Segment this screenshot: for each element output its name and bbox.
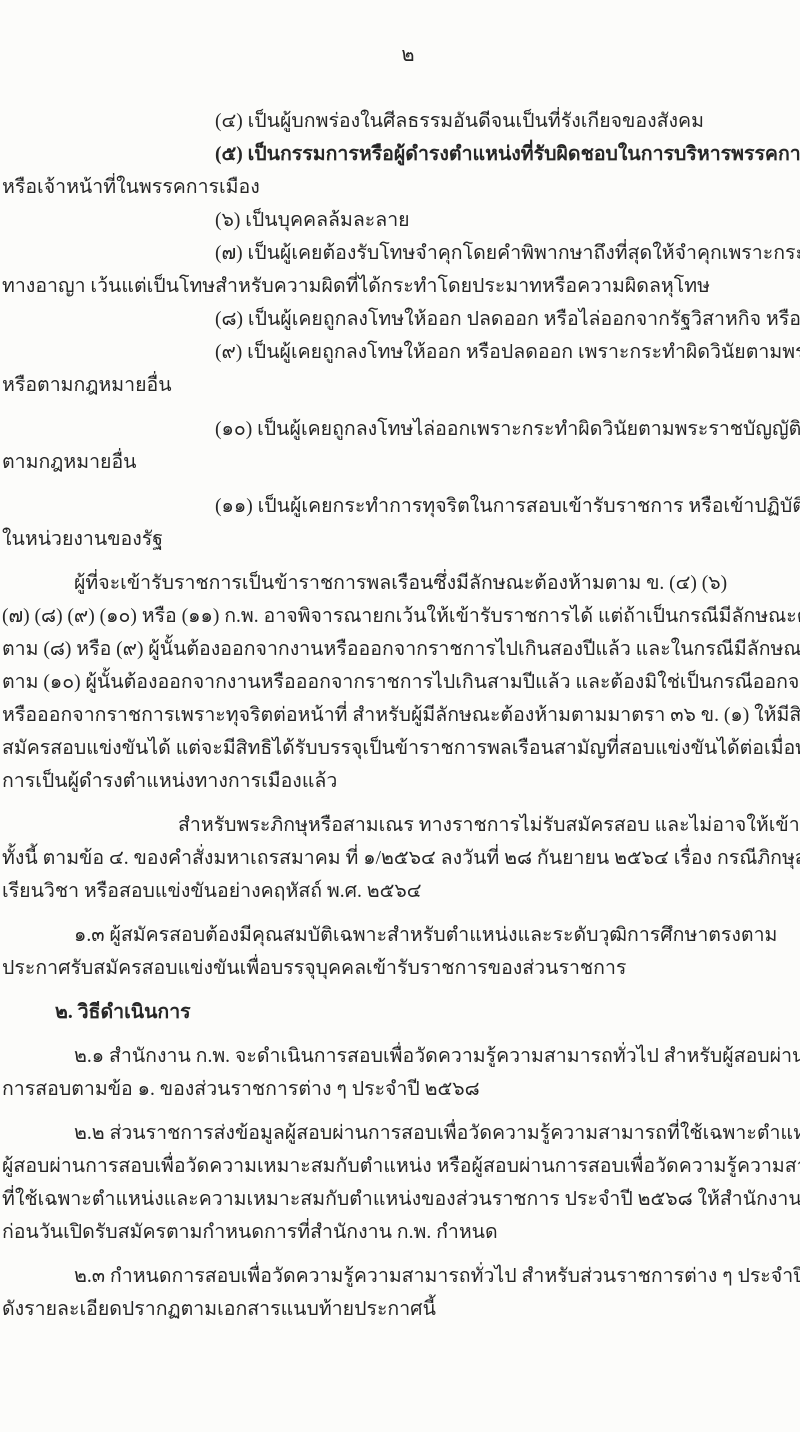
item-11-cont: ในหน่วยงานของรัฐ [0,523,800,556]
item-7-cont: ทางอาญา เว้นแต่เป็นโทษสำหรับความผิดที่ได… [0,270,800,303]
section-2-heading: ๒. วิธีดำเนินการ [0,996,800,1029]
para-2-1-a: ๒.๑ สำนักงาน ก.พ. จะดำเนินการสอบเพื่อวัด… [0,1040,800,1073]
para-exemption-6: สมัครสอบแข่งขันได้ แต่จะมีสิทธิได้รับบรร… [0,732,800,765]
para-exemption-2: (๗) (๘) (๙) (๑๐) หรือ (๑๑) ก.พ. อาจพิจาร… [0,600,800,633]
item-9-cont: หรือตามกฎหมายอื่น [0,369,800,402]
para-exemption-7: การเป็นผู้ดำรงตำแหน่งทางการเมืองแล้ว [0,765,800,798]
para-2-3-a: ๒.๓ กำหนดการสอบเพื่อวัดความรู้ความสามารถ… [0,1260,800,1293]
para-1-3-a: ๑.๓ ผู้สมัครสอบต้องมีคุณสมบัติเฉพาะสำหรั… [0,919,800,952]
item-10-cont: ตามกฎหมายอื่น [0,446,800,479]
para-2-2-b: ผู้สอบผ่านการสอบเพื่อวัดความเหมาะสมกับตำ… [0,1150,800,1183]
para-exemption-4: ตาม (๑๐) ผู้นั้นต้องออกจากงานหรือออกจากร… [0,666,800,699]
para-exemption-1: ผู้ที่จะเข้ารับราชการเป็นข้าราชการพลเรือ… [0,567,800,600]
para-monk-2: ทั้งนี้ ตามข้อ ๔. ของคำสั่งมหาเถรสมาคม ท… [0,842,800,875]
para-exemption-5: หรือออกจากราชการเพราะทุจริตต่อหน้าที่ สำ… [0,699,800,732]
para-exemption-3: ตาม (๘) หรือ (๙) ผู้นั้นต้องออกจากงานหรื… [0,633,800,666]
item-4: (๔) เป็นผู้บกพร่องในศีลธรรมอันดีจนเป็นที… [0,105,800,138]
para-2-3-b: ดังรายละเอียดปรากฏตามเอกสารแนบท้ายประกาศ… [0,1293,800,1326]
item-6: (๖) เป็นบุคคลล้มละลาย [0,204,800,237]
item-5-cont: หรือเจ้าหน้าที่ในพรรคการเมือง [0,171,800,204]
para-2-2-a: ๒.๒ ส่วนราชการส่งข้อมูลผู้สอบผ่านการสอบเ… [0,1117,800,1150]
para-1-3-b: ประกาศรับสมัครสอบแข่งขันเพื่อบรรจุบุคคลเ… [0,952,800,985]
para-monk-3: เรียนวิชา หรือสอบแข่งขันอย่างคฤหัสถ์ พ.ศ… [0,875,800,908]
para-monk-1: สำหรับพระภิกษุหรือสามเณร ทางราชการไม่รับ… [0,809,800,842]
para-2-1-b: การสอบตามข้อ ๑. ของส่วนราชการต่าง ๆ ประจ… [0,1073,800,1106]
item-8: (๘) เป็นผู้เคยถูกลงโทษให้ออก ปลดออก หรือ… [0,303,800,336]
para-2-2-d: ก่อนวันเปิดรับสมัครตามกำหนดการที่สำนักงา… [0,1216,800,1249]
item-10: (๑๐) เป็นผู้เคยถูกลงโทษไล่ออกเพราะกระทำผ… [0,413,800,446]
document-body: (๔) เป็นผู้บกพร่องในศีลธรรมอันดีจนเป็นที… [0,105,800,1326]
item-9: (๙) เป็นผู้เคยถูกลงโทษให้ออก หรือปลดออก … [0,336,800,369]
item-7: (๗) เป็นผู้เคยต้องรับโทษจำคุกโดยคำพิพากษ… [0,237,800,270]
item-11: (๑๑) เป็นผู้เคยกระทำการทุจริตในการสอบเข้… [0,490,800,523]
page-number: ๒ [0,0,800,70]
para-2-2-c: ที่ใช้เฉพาะตำแหน่งและความเหมาะสมกับตำแหน… [0,1183,800,1216]
item-5: (๕) เป็นกรรมการหรือผู้ดำรงตำแหน่งที่รับผ… [0,138,800,171]
document-page: ๒ (๔) เป็นผู้บกพร่องในศีลธรรมอันดีจนเป็น… [0,0,800,1432]
